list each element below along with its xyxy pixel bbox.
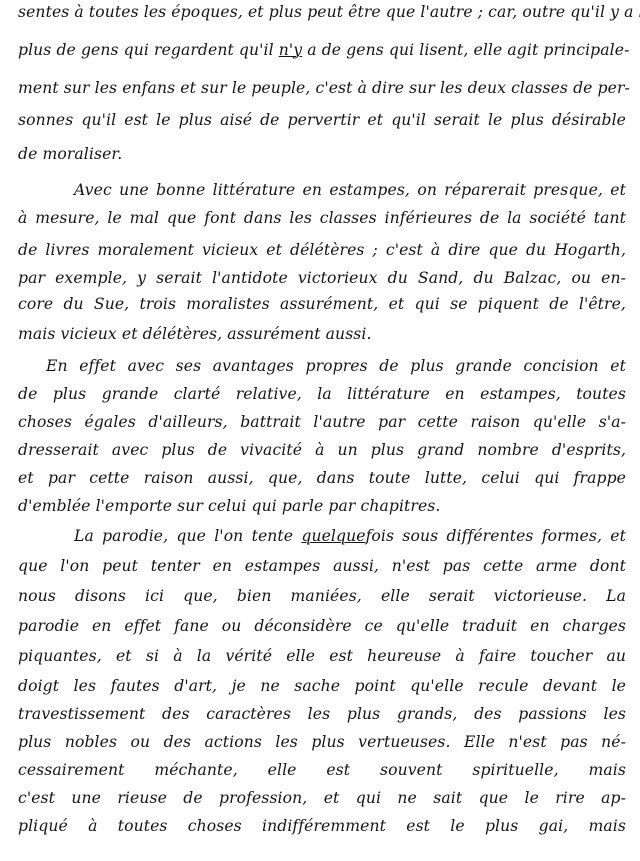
manuscript-line: ment sur les enfans et sur le peuple, c'… bbox=[18, 78, 626, 98]
manuscript-line: par exemple, y serait l'antidote victori… bbox=[18, 268, 626, 288]
line-part: fois sous différentes formes, et bbox=[366, 527, 626, 545]
manuscript-line: dresserait avec plus de vivacité à un pl… bbox=[18, 440, 626, 460]
line-part: a de gens qui lisent, elle agit principa… bbox=[302, 41, 629, 59]
manuscript-line: sentes à toutes les époques, et plus peu… bbox=[18, 2, 626, 22]
manuscript-line: Avec une bonne littérature en estampes, … bbox=[74, 180, 626, 200]
manuscript-line: plus nobles ou des actions les plus vert… bbox=[18, 732, 626, 752]
line-part: La parodie, que l'on tente bbox=[74, 527, 301, 545]
manuscript-page: sentes à toutes les époques, et plus peu… bbox=[0, 0, 640, 861]
underlined-word: quelque bbox=[301, 527, 365, 545]
manuscript-line: pliqué à toutes choses indifféremment es… bbox=[18, 816, 626, 836]
underlined-word: n'y bbox=[279, 41, 302, 59]
manuscript-line: En effet avec ses avantages propres de p… bbox=[46, 356, 626, 376]
manuscript-line: mais vicieux et délétères, assurément au… bbox=[18, 324, 626, 344]
line-part: plus de gens qui regardent qu'il bbox=[18, 41, 279, 59]
manuscript-line: c'est une rieuse de profession, et qui n… bbox=[18, 788, 626, 808]
manuscript-line: choses égales d'ailleurs, battrait l'aut… bbox=[18, 412, 626, 432]
manuscript-line: travestissement des caractères les plus … bbox=[18, 704, 626, 724]
manuscript-line: nous disons ici que, bien maniées, elle … bbox=[18, 586, 626, 606]
manuscript-line: de livres moralement vicieux et délétère… bbox=[18, 240, 626, 260]
manuscript-line: de moraliser. bbox=[18, 144, 626, 164]
manuscript-line: plus de gens qui regardent qu'il n'y a d… bbox=[18, 40, 626, 60]
manuscript-line: La parodie, que l'on tente quelquefois s… bbox=[74, 526, 626, 546]
manuscript-line: parodie en effet fane ou déconsidère ce … bbox=[18, 616, 626, 636]
manuscript-line: que l'on peut tenter en estampes aussi, … bbox=[18, 556, 626, 576]
manuscript-line: doigt les fautes d'art, je ne sache poin… bbox=[18, 676, 626, 696]
manuscript-line: d'emblée l'emporte sur celui qui parle p… bbox=[18, 496, 626, 516]
manuscript-line: et par cette raison aussi, que, dans tou… bbox=[18, 468, 626, 488]
manuscript-line: core du Sue, trois moralistes assurément… bbox=[18, 294, 626, 314]
manuscript-line: piquantes, et si à la vérité elle est he… bbox=[18, 646, 626, 666]
manuscript-line: cessairement méchante, elle est souvent … bbox=[18, 760, 626, 780]
manuscript-line: de plus grande clarté relative, la litté… bbox=[18, 384, 626, 404]
manuscript-line: à mesure, le mal que font dans les class… bbox=[18, 208, 626, 228]
manuscript-line: sonnes qu'il est le plus aisé de pervert… bbox=[18, 110, 626, 130]
